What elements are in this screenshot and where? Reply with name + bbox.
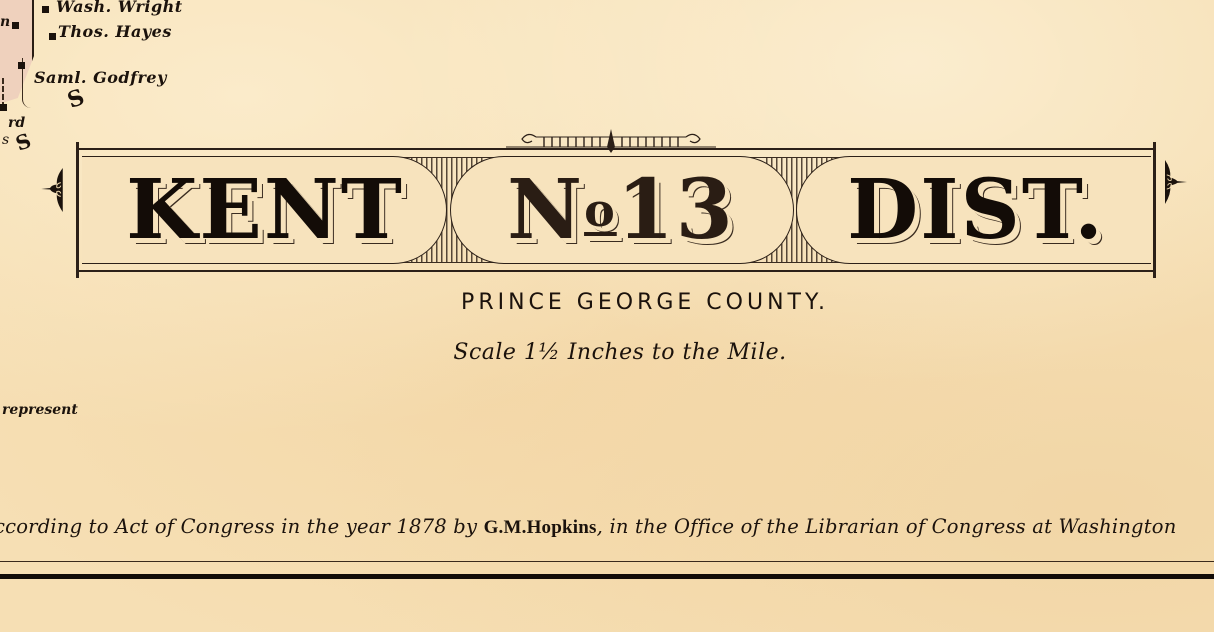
map-scale: Scale 1½ Inches to the Mile. (0, 340, 1214, 365)
district-number: No13 (456, 156, 786, 264)
border-rule-thin (0, 561, 1214, 562)
title-word-kent: KENT (90, 156, 440, 264)
owner-label-saml-godfrey: Saml. Godfrey (34, 68, 167, 87)
title-word-dist: DIST. (806, 156, 1146, 264)
house-marker (42, 6, 49, 13)
house-marker (18, 62, 25, 69)
stream-symbol: S (12, 128, 34, 155)
left-finial-ornament-icon (32, 168, 72, 212)
title-cartouche: KENT No13 DIST. (76, 148, 1156, 272)
legend-fragment: represent (2, 402, 78, 418)
right-finial-ornament-icon (1156, 160, 1196, 204)
owner-label-wash-wright: Wash. Wright (56, 0, 183, 16)
house-marker (0, 104, 7, 111)
stream-symbol: S (64, 84, 88, 114)
house-marker (49, 33, 56, 40)
house-marker (12, 22, 19, 29)
county-subtitle: PRINCE GEORGE COUNTY. (0, 290, 1214, 315)
partial-label: n (0, 14, 10, 30)
partial-label: s (2, 132, 9, 148)
owner-label-thos-hayes: Thos. Hayes (58, 22, 172, 41)
copyright-notice: ccording to Act of Congress in the year … (0, 515, 1176, 539)
border-rule-thick (0, 574, 1214, 579)
publisher-name: G.M.Hopkins (484, 517, 597, 538)
